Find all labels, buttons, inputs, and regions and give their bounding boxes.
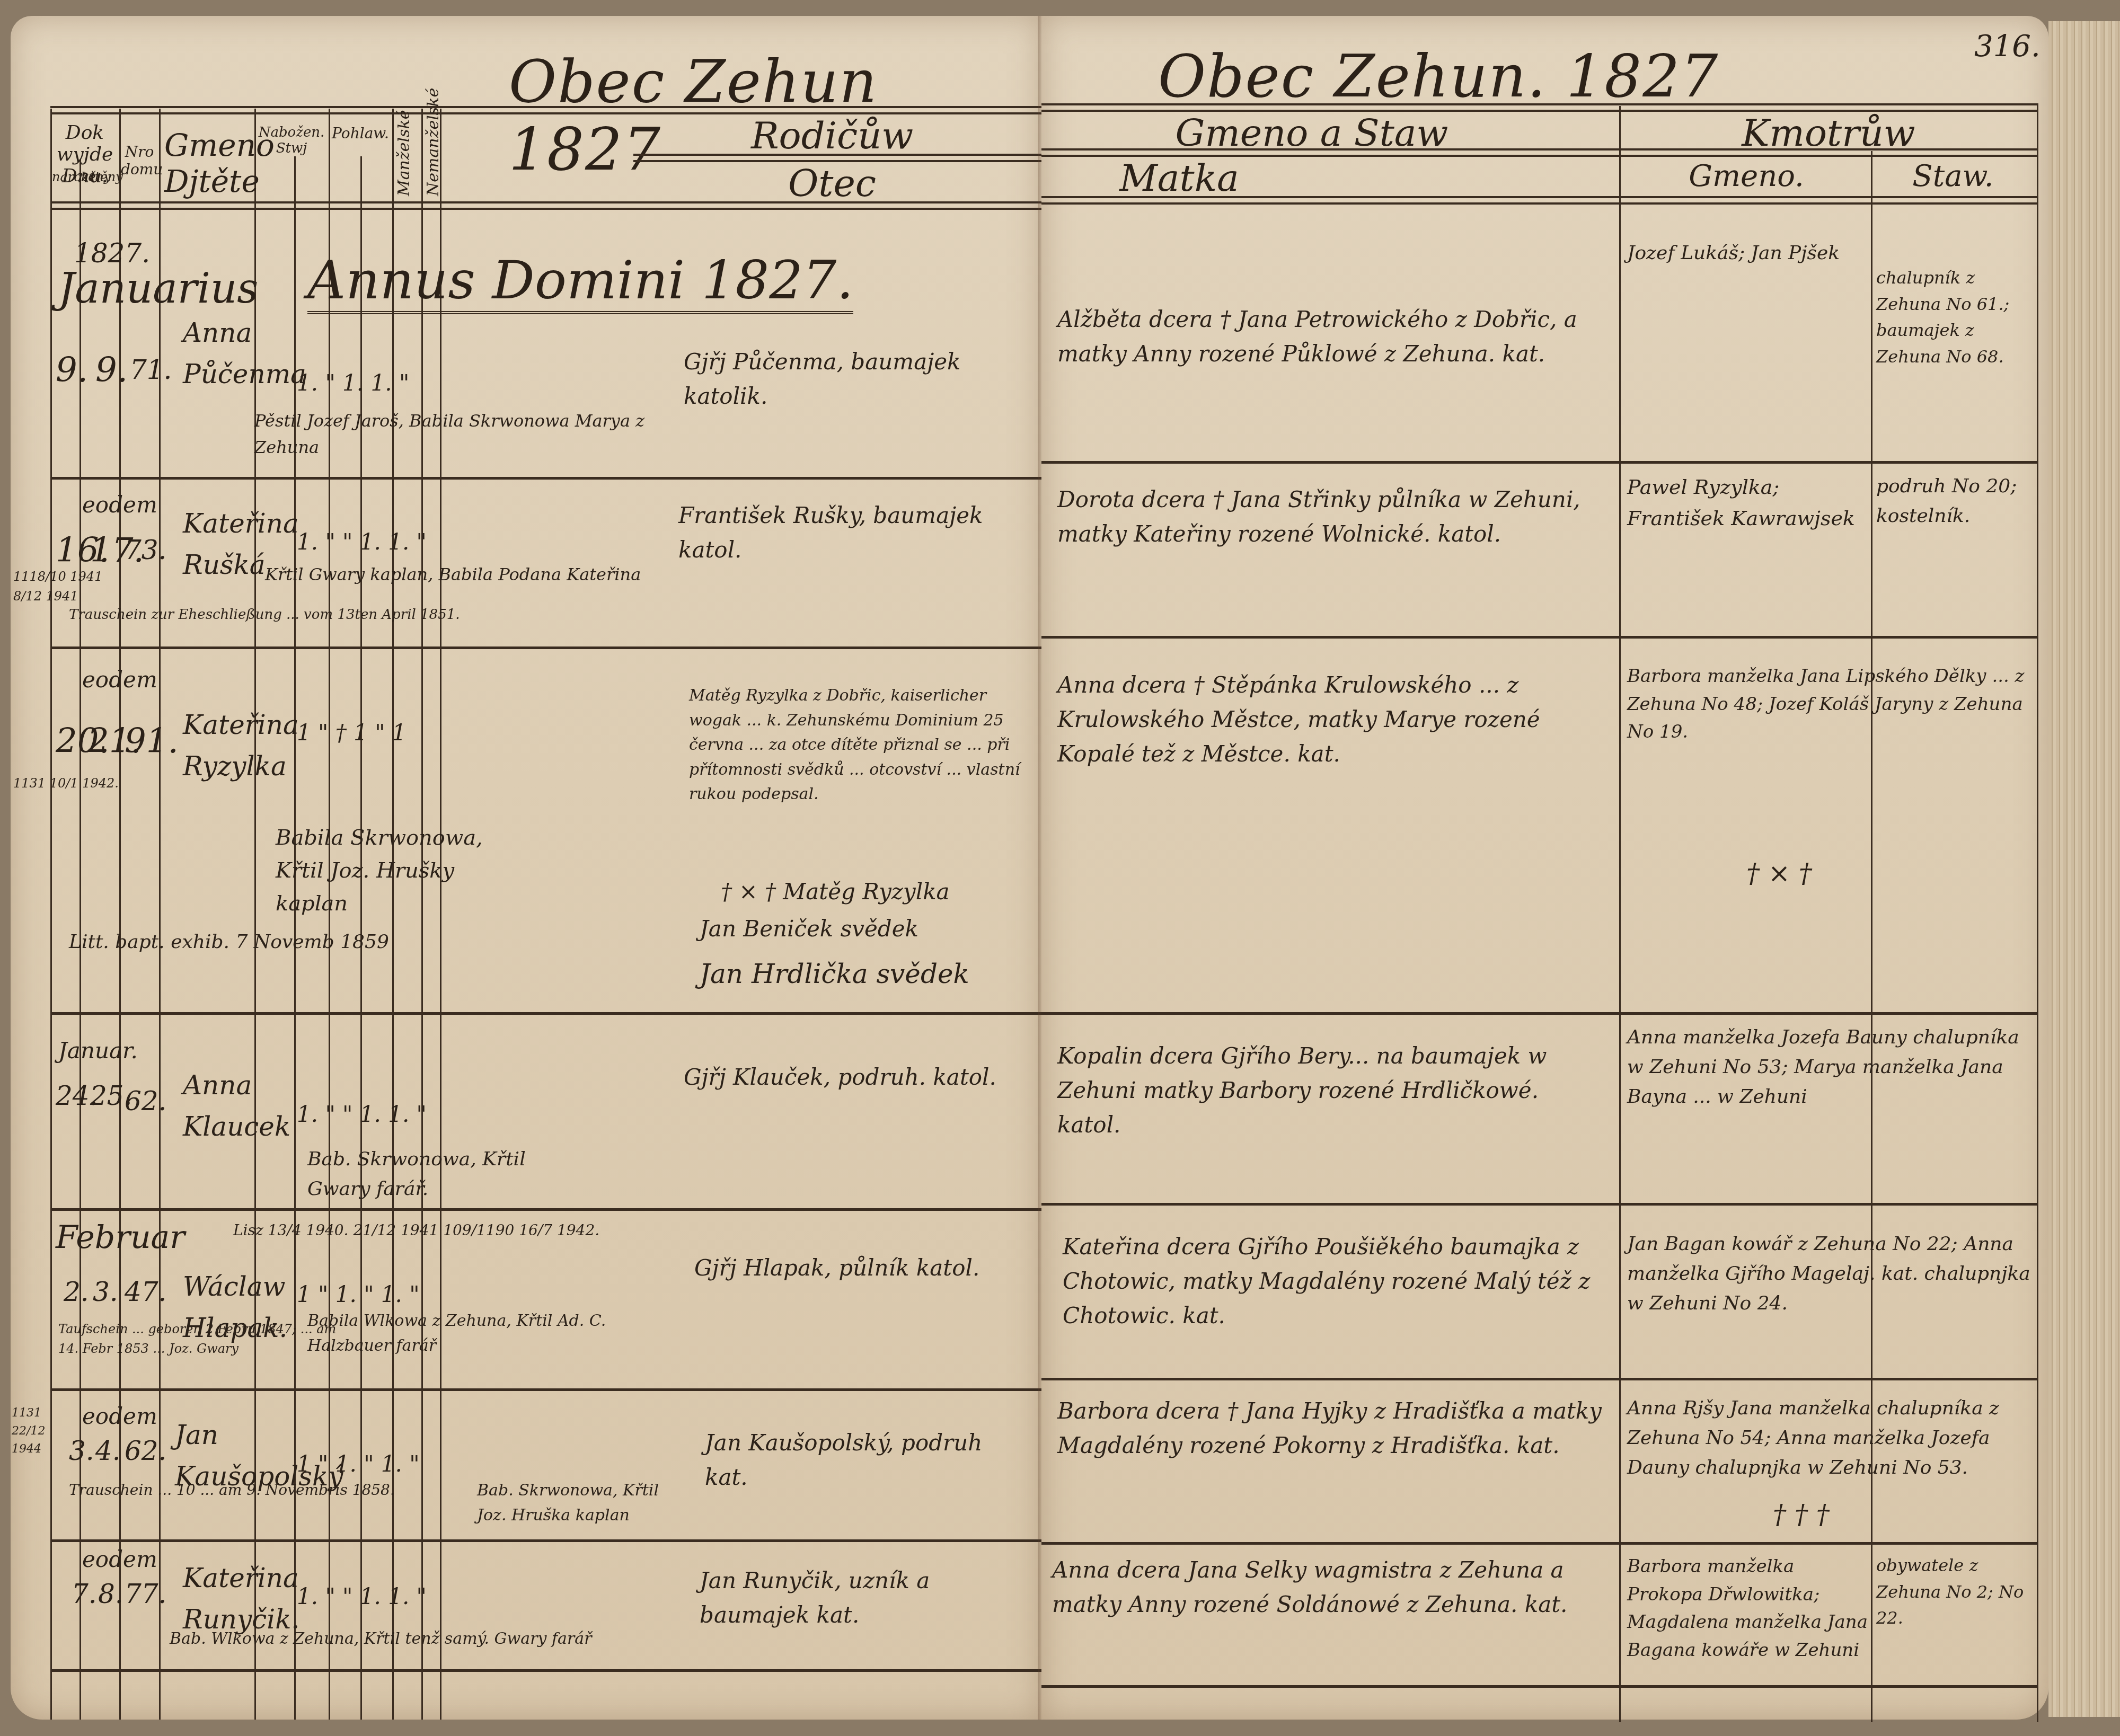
entry-1-marks: 1. " 1. 1. " xyxy=(297,366,445,400)
entry-6-marks: 1 " 1. " 1. " xyxy=(297,1447,445,1481)
entry-7-born: 7. xyxy=(72,1574,97,1615)
entry-7-marks: 1. " " 1. 1. " xyxy=(297,1579,445,1614)
entry-1-godparent-name: Jozef Lukáš; Jan Pjšek xyxy=(1627,238,1868,268)
entry-1-child: Anna Půčenma xyxy=(183,313,252,395)
entry-1-baptized: 9. xyxy=(95,344,128,397)
entry-5-note: Taufschein ... geboren 2 Febru 1847; ...… xyxy=(58,1319,355,1359)
header-parents: Rodičůw xyxy=(647,114,1018,157)
entry-3-midwife-priest: Babila Skrwonowa, Křtil Joz. Hrušky kapl… xyxy=(276,821,519,920)
entry-2-midwife-priest: Křtil Gwary kaplan, Babila Podana Kateři… xyxy=(265,562,668,588)
col-rule xyxy=(50,109,52,1720)
entry-3-side-label: eodem xyxy=(82,662,157,697)
row-rule xyxy=(1041,461,2038,464)
entry-2-father: František Rušky, baumajek katol. xyxy=(678,498,1018,567)
header-child-name: Gmeno Djtěte xyxy=(164,127,254,199)
entry-3-note: Litt. bapt. exhib. 7 Novemb 1859 xyxy=(69,927,440,957)
entry-3-signature-1: † × † Matěg Ryzylka xyxy=(721,874,1018,909)
entry-2-house: 73. xyxy=(125,530,167,571)
row-rule xyxy=(50,477,1041,480)
entry-4-side-label: Januar. xyxy=(58,1033,138,1068)
entry-3-signature-3: Jan Hrdlička svědek xyxy=(700,954,1018,995)
header-born: narozeny xyxy=(52,170,81,184)
right-page: Obec Zehun. 1827 316. Gmeno a Staw Matka… xyxy=(1041,16,2048,1720)
entry-6-house: 62. xyxy=(125,1431,167,1472)
entry-3-cross-marks: † × † xyxy=(1746,853,1812,894)
row-rule xyxy=(50,646,1041,649)
entry-6-midwife-priest: Bab. Skrwonowa, Křtil Joz. Hruška kaplan xyxy=(477,1478,668,1528)
entry-3-signature-2: Jan Beniček svědek xyxy=(700,911,1018,946)
entry-5-mother: Kateřina dcera Gjřího Poušiěkého baumajk… xyxy=(1063,1229,1609,1333)
header-name-status: Gmeno a Staw xyxy=(1073,111,1550,155)
entry-5-born: 2. xyxy=(64,1272,89,1313)
entry-1-born: 9. xyxy=(56,344,88,397)
entry-4-child: Anna Klaucek xyxy=(183,1065,257,1147)
row-rule xyxy=(1041,1203,2038,1206)
entry-5-house: 47. xyxy=(125,1272,167,1313)
entry-6-baptized: 4. xyxy=(95,1431,121,1472)
entry-7-side-label: eodem xyxy=(82,1542,157,1576)
header-baptized: křtěný xyxy=(81,170,118,184)
entry-6-side-note: 1131 22/12 1944 xyxy=(12,1404,49,1458)
entry-7-godparent-status: obywatele z Zehuna No 2; No 22. xyxy=(1876,1553,2033,1632)
entry-1-midwife-priest: Pěstil Jozef Jaroš, Babila Skrwonowa Mar… xyxy=(254,408,657,460)
entry-2-note: Trauschein zur Eheschließung ... vom 13t… xyxy=(69,604,652,625)
entry-4-father: Gjřj Klauček, podruh. katol. xyxy=(684,1060,1002,1094)
entry-3-father: Matěg Ryzylka z Dobřic, kaiserlicher wog… xyxy=(689,684,1039,807)
entry-4-midwife-priest: Bab. Skrwonowa, Křtil Gwary farář. xyxy=(307,1145,572,1204)
entry-6-side-label: eodem xyxy=(82,1399,157,1433)
entry-7-house: 77. xyxy=(125,1574,167,1615)
entry-2-godparent-status: podruh No 20; kostelník. xyxy=(1876,472,2033,531)
entry-3-child: Kateřina Ryzylka xyxy=(183,705,257,787)
entry-4-godparent-name: Anna manželka Jozefa Bauny chalupníka w … xyxy=(1627,1023,2033,1111)
entry-2-mother: Dorota dcera † Jana Střinky půlníka w Ze… xyxy=(1057,482,1609,551)
row-rule xyxy=(1041,1685,2038,1688)
entry-6-godparent-name: Anna Rjšy Jana manželka chalupníka z Zeh… xyxy=(1627,1394,2033,1482)
row-rule xyxy=(1041,636,2038,639)
entry-3-mother: Anna dcera † Stěpánka Krulowského ... z … xyxy=(1057,668,1609,771)
entry-1-godparent-status: chalupník z Zehuna No 61.; baumajek z Ze… xyxy=(1876,265,2033,370)
row-rule xyxy=(1041,1012,2038,1015)
page-edges xyxy=(2048,21,2120,1717)
page-number: 316. xyxy=(1974,29,2040,64)
entry-5-father: Gjřj Hlapak, půlník katol. xyxy=(694,1251,1012,1285)
header-top-rule xyxy=(1041,103,2038,112)
right-page-title: Obec Zehun. 1827 xyxy=(1158,42,1719,110)
left-page: Obec Zehun 1827 Dok wyjde Dnu. narozeny … xyxy=(11,16,1041,1720)
entry-4-house: 62. xyxy=(125,1081,167,1122)
entry-2-side-label: eodem xyxy=(82,488,157,522)
entry-7-mother: Anna dcera Jana Selky wagmistra z Zehuna… xyxy=(1052,1553,1609,1622)
entry-2-child: Kateřina Rušká xyxy=(183,503,257,586)
entry-3-godparent-name: Barbora manželka Jana Lipského Dělky ...… xyxy=(1627,662,2033,746)
book-scan: Obec Zehun 1827 Dok wyjde Dnu. narozeny … xyxy=(0,0,2120,1736)
row-rule xyxy=(50,1388,1041,1391)
header-illegitimate: Nemanželské xyxy=(424,117,443,196)
row-rule xyxy=(1041,1542,2038,1545)
entry-2-marks: 1. " " 1. 1. " xyxy=(297,525,445,559)
entry-6-father: Jan Kaušopolský, podruh kat. xyxy=(705,1425,1002,1494)
entry-5-midwife-priest: Babila Wlkowa z Zehuna, Křtil Ad. C. Hal… xyxy=(307,1309,625,1358)
entry-6-note: Trauschein ... 10 ... am 9. Novembris 18… xyxy=(69,1478,440,1501)
col-rule xyxy=(2037,103,2038,1722)
entry-1-house: 71. xyxy=(130,350,172,391)
header-mother: Matka xyxy=(1073,156,1285,200)
entry-6-cross-marks: † † † xyxy=(1773,1494,1830,1536)
entry-7-midwife-priest: Bab. Wlkowa z Zehuna, Křtil tenž samý. G… xyxy=(170,1627,689,1652)
month-heading-february: Februar xyxy=(56,1219,185,1256)
entry-7-baptized: 8. xyxy=(98,1574,123,1615)
row-rule xyxy=(50,1208,1041,1211)
header-godparent-status: Staw. xyxy=(1874,159,2033,193)
row-rule xyxy=(1041,1378,2038,1380)
header-father: Otec xyxy=(647,162,1018,205)
entry-3-house: 91. xyxy=(125,715,179,768)
entry-6-born: 3. xyxy=(69,1431,94,1472)
header-top-rule xyxy=(50,106,1041,114)
entry-1-father: Gjřj Půčenma, baumajek katolik. xyxy=(684,344,1012,413)
header-house: Nro domu xyxy=(121,143,158,178)
entry-5-godparent-name: Jan Bagan kowář z Zehuna No 22; Anna man… xyxy=(1627,1229,2033,1318)
entry-5-top-note: Lisz 13/4 1940. 21/12 1941 109/1190 16/7… xyxy=(233,1219,657,1242)
header-legitimate: Manželské xyxy=(395,117,413,196)
entry-2-godparent-name: Pawel Ryzylka; František Kawrawjsek xyxy=(1627,472,1868,534)
header-religion: Nabožen. Stwj xyxy=(257,125,326,156)
entry-5-marks: 1 " 1. " 1. " xyxy=(297,1277,445,1312)
header-sex: Pohlaw. xyxy=(331,125,390,142)
entry-7-father: Jan Runyčik, uzník a baumajek kat. xyxy=(700,1563,1028,1632)
col-rule xyxy=(1871,151,1872,1722)
month-heading-january: Januarius xyxy=(58,265,258,313)
annus-domini-heading: Annus Domini 1827. xyxy=(307,249,853,314)
entry-1-mother: Alžběta dcera † Jana Petrowického z Dobř… xyxy=(1057,302,1609,371)
header-godparent-name: Gmeno. xyxy=(1624,159,1868,193)
row-rule xyxy=(50,1012,1041,1015)
entry-4-mother: Kopalin dcera Gjřího Bery... na baumajek… xyxy=(1057,1039,1609,1142)
entry-3-side-note: 1131 10/1 1942. xyxy=(13,774,119,793)
row-rule xyxy=(50,1669,1041,1672)
entry-3-marks: 1 " † 1 " 1 xyxy=(297,715,445,750)
row-rule xyxy=(50,1539,1041,1542)
entry-6-mother: Barbora dcera † Jana Hyjky z Hradišťka a… xyxy=(1057,1394,1609,1463)
entry-4-marks: 1. " " 1. 1. " xyxy=(297,1097,445,1131)
entry-5-baptized: 3. xyxy=(93,1272,118,1313)
header-godparents: Kmotrůw xyxy=(1624,111,2033,155)
entry-7-godparent-name: Barbora manželka Prokopa Dřwlowitka; Mag… xyxy=(1627,1553,1871,1664)
entry-2-side-note: 1118/10 1941 8/12 1941 xyxy=(13,567,119,606)
col-rule xyxy=(1619,106,1621,1722)
